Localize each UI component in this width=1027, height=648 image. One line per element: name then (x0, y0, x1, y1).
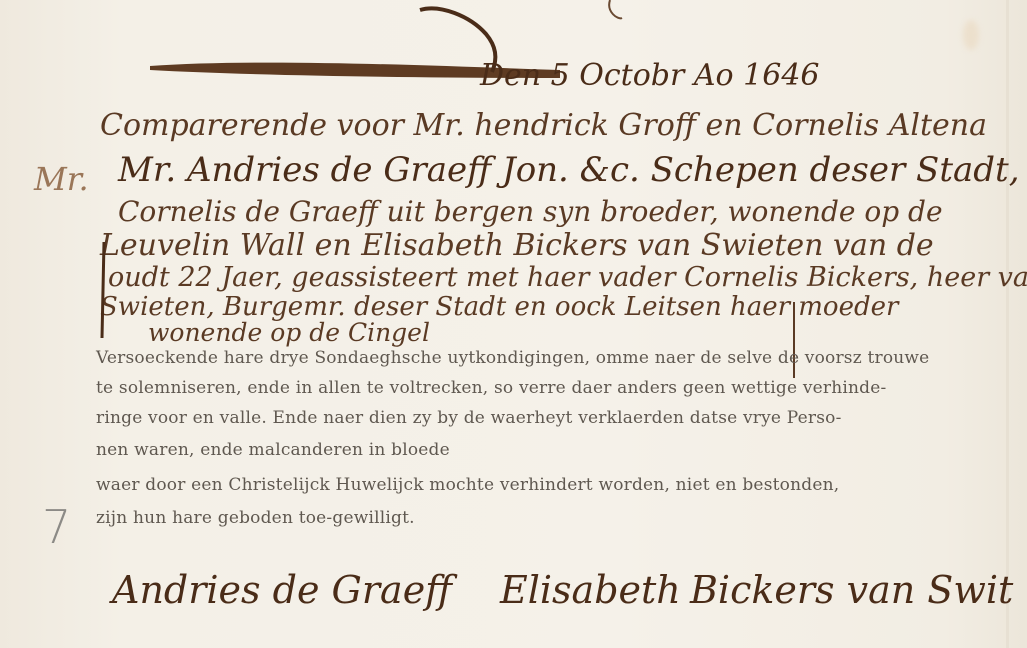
signature-elisabeth-first: Elisabeth (500, 568, 681, 612)
margin-number: 7 (42, 500, 71, 554)
hand-line-3: Cornelis de Graeff uit bergen syn broede… (118, 195, 943, 228)
signature-andries: Andries de Graeff (112, 568, 452, 612)
hand-line-5: oudt 22 Jaer, geassisteert met haer vade… (108, 262, 1027, 293)
print-line-1: Versoeckende hare drye Sondaeghsche uytk… (96, 348, 929, 368)
entry-date: Den 5 Octobr Ao 1646 (480, 58, 820, 93)
bracket-stroke-icon (96, 240, 108, 340)
hand-line-2: Mr. Andries de Graeff Jon. &c. Schepen d… (118, 150, 1027, 190)
signature-elisabeth-last: Bickers van Swit (690, 568, 1013, 612)
print-line-4: nen waren, ende malcanderen in bloede (96, 440, 450, 460)
print-line-5: waer door een Christelijck Huwelijck moc… (96, 475, 839, 495)
paper-stain (963, 20, 979, 50)
print-line-3: ringe voor en valle. Ende naer dien zy b… (96, 408, 842, 428)
vertical-stroke-icon (790, 300, 798, 380)
print-line-2: te solemniseren, ende in allen te voltre… (96, 378, 886, 398)
margin-note-mr: Mr. (34, 160, 89, 198)
hand-line-1: Comparerende voor Mr. hendrick Groff en … (100, 108, 987, 143)
page-edge-fold (1006, 0, 1009, 648)
hand-line-7: wonende op de Cingel (148, 318, 430, 347)
manuscript-page: Den 5 Octobr Ao 1646 Mr. Comparerende vo… (0, 0, 1027, 648)
print-line-6: zijn hun hare geboden toe-gewilligt. (96, 508, 415, 528)
hand-line-4: Leuvelin Wall en Elisabeth Bickers van S… (100, 228, 934, 263)
